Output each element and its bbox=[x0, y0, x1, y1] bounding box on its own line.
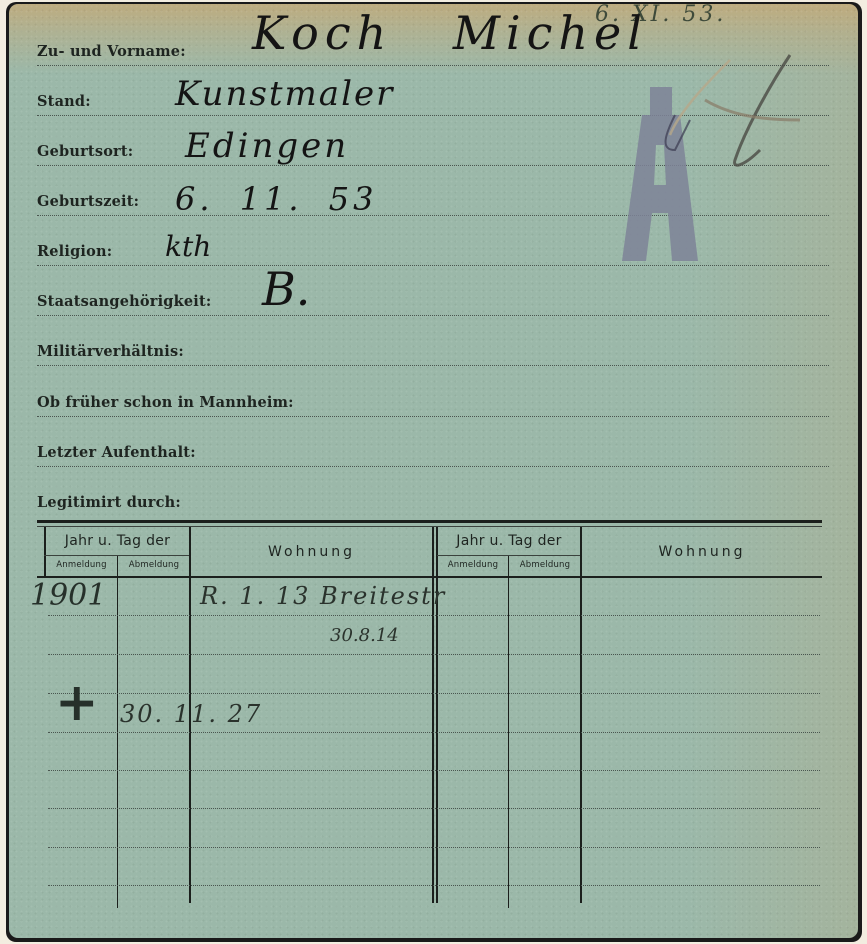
field-value-name: Koch Michel bbox=[252, 6, 648, 60]
field-label: Religion: bbox=[37, 243, 112, 260]
row-rule bbox=[48, 770, 820, 771]
header-anmeldung-left: Anmeldung bbox=[46, 560, 117, 570]
field-value-stand: Kunstmaler bbox=[175, 74, 394, 114]
field-label: Geburtszeit: bbox=[37, 193, 139, 210]
field-religion: Religion: bbox=[37, 240, 829, 266]
table-top-rule bbox=[37, 520, 822, 523]
field-label: Staatsangehörigkeit: bbox=[37, 293, 211, 310]
entry-1-anmeldung: 1901 bbox=[30, 578, 106, 613]
row-rule bbox=[48, 847, 820, 848]
field-value-staatsangehoerigkeit: B. bbox=[262, 262, 310, 316]
table-top-rule-thin bbox=[37, 526, 822, 527]
dotted-rule bbox=[37, 365, 829, 366]
subheader-rule bbox=[437, 555, 580, 556]
field-staatsangehoerigkeit: Staatsangehörigkeit: bbox=[37, 290, 829, 316]
header-wohnung-left: Wohnung bbox=[191, 544, 432, 560]
field-letzter-aufenthalt: Letzter Aufenthalt: bbox=[37, 441, 829, 467]
header-abmeldung-left: Abmeldung bbox=[119, 560, 189, 570]
header-wohnung-right: Wohnung bbox=[582, 544, 822, 560]
header-abmeldung-right: Abmeldung bbox=[510, 560, 580, 570]
field-label: Geburtsort: bbox=[37, 143, 133, 160]
field-value-geburtsort: Edingen bbox=[185, 126, 349, 166]
header-jahr-tag-left: Jahr u. Tag der bbox=[46, 533, 189, 549]
field-label: Zu- und Vorname: bbox=[37, 43, 186, 60]
table-header-bottom-rule bbox=[37, 576, 822, 578]
field-label: Legitimirt durch: bbox=[37, 494, 181, 511]
dotted-rule bbox=[37, 466, 829, 467]
row-rule bbox=[48, 885, 820, 886]
field-militaerverhaeltnis: Militärverhältnis: bbox=[37, 340, 829, 366]
field-value-geburtszeit: 6. 11. 53 bbox=[175, 180, 377, 218]
field-legitimirt: Legitimirt durch: bbox=[37, 491, 829, 517]
dotted-rule bbox=[37, 215, 829, 216]
header-anmeldung-right: Anmeldung bbox=[438, 560, 508, 570]
row-rule bbox=[48, 654, 820, 655]
row-rule bbox=[48, 615, 820, 616]
row-rule bbox=[48, 732, 820, 733]
header-jahr-tag-right: Jahr u. Tag der bbox=[438, 533, 580, 549]
entry-2-wohnung: 30.8.14 bbox=[330, 625, 399, 646]
field-frueher-mannheim: Ob früher schon in Mannheim: bbox=[37, 391, 829, 417]
row-rule bbox=[48, 808, 820, 809]
entry-3-abmeldung: 30. 11. 27 bbox=[120, 700, 262, 728]
field-label: Letzter Aufenthalt: bbox=[37, 444, 196, 461]
dotted-rule bbox=[37, 315, 829, 316]
field-label: Ob früher schon in Mannheim: bbox=[37, 394, 294, 411]
row-rule bbox=[48, 693, 820, 694]
field-label: Stand: bbox=[37, 93, 91, 110]
field-geburtszeit: Geburtszeit: bbox=[37, 190, 829, 216]
field-label: Militärverhältnis: bbox=[37, 343, 184, 360]
pencil-mark-icon bbox=[650, 40, 800, 180]
entry-1-wohnung: R. 1. 13 Breitestr bbox=[200, 582, 446, 610]
subheader-rule bbox=[44, 555, 189, 556]
dotted-rule bbox=[37, 416, 829, 417]
field-value-religion: kth bbox=[165, 230, 211, 263]
dotted-rule bbox=[37, 265, 829, 266]
entry-3-anmeldung: + bbox=[55, 672, 99, 733]
